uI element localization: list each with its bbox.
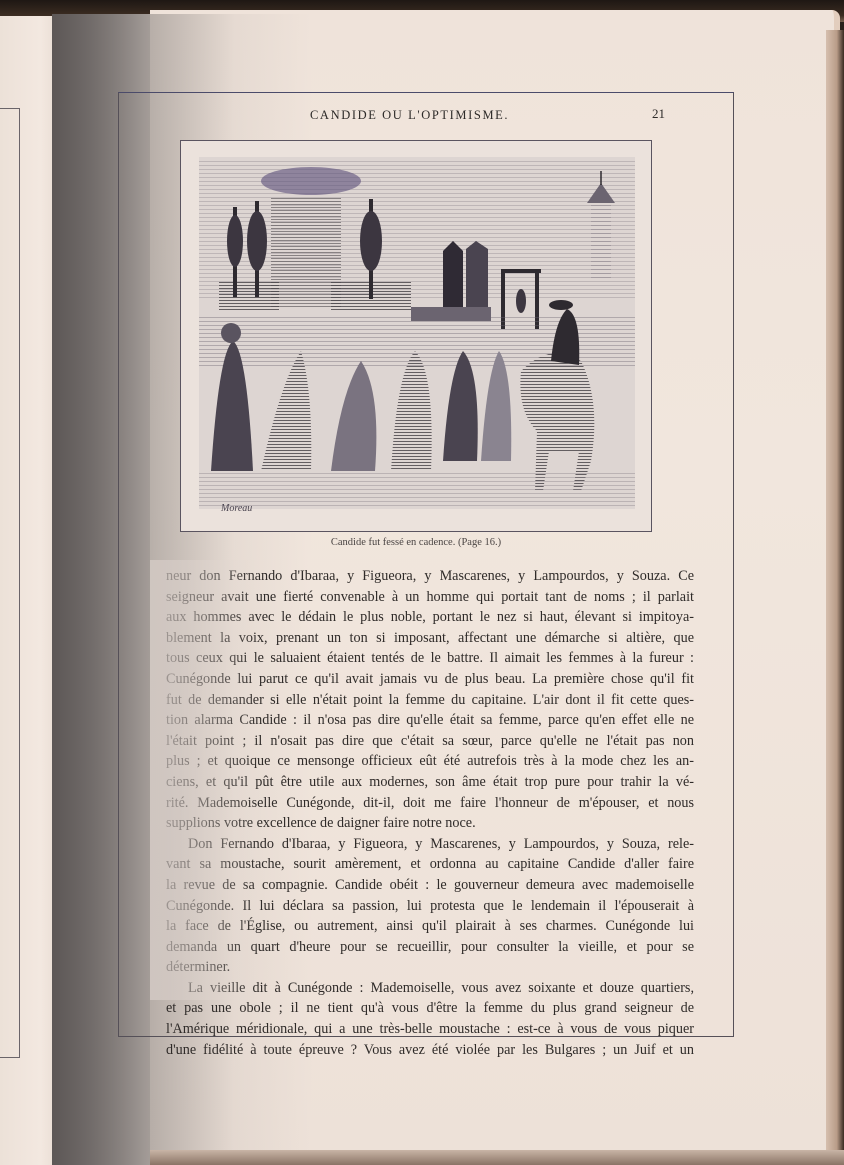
text-line: et pas une obole ; il ne tient qu'à vous… (166, 998, 694, 1019)
text-line: l'était point ; il n'osait pas dire que … (166, 731, 694, 752)
text-line: demanda un quart d'heure pour se recueil… (166, 937, 694, 958)
text-line: La vieille dit à Cunégonde : Mademoisell… (166, 978, 694, 999)
text-line: rité. Mademoiselle Cunégonde, dit-il, do… (166, 793, 694, 814)
illustration-caption: Candide fut fessé en cadence. (Page 16.) (180, 537, 652, 548)
running-head: Candide ou l'Optimisme. (310, 108, 570, 123)
page-bottom-edge (150, 1150, 844, 1165)
text-line: neur don Fernando d'Ibaraa, y Figueora, … (166, 566, 694, 587)
text-line: fut de demander si elle n'était point la… (166, 690, 694, 711)
svg-text:Moreau: Moreau (220, 503, 252, 514)
text-line: la face de l'Église, ou autrement, ainsi… (166, 916, 694, 937)
left-facing-page (0, 16, 58, 1165)
body-text: neur don Fernando d'Ibaraa, y Figueora, … (166, 566, 694, 1060)
engraving-scene-icon: Moreau (181, 141, 652, 532)
text-line: aux hommes avec le dédain le plus noble,… (166, 607, 694, 628)
text-line: blement la voix, prenant un ton si impos… (166, 628, 694, 649)
text-line: tion alarma Candide : il n'osa pas dire … (166, 710, 694, 731)
text-line: la revue de sa compagnie. Candide obéit … (166, 875, 694, 896)
text-line: Cunégonde. Il lui déclara sa passion, lu… (166, 896, 694, 917)
page-number: 21 (652, 106, 665, 122)
text-line: Don Fernando d'Ibaraa, y Figueora, y Mas… (166, 834, 694, 855)
text-line: tous ceux qui le saluaient étaient tenté… (166, 648, 694, 669)
text-line: seigneur avait une fierté convenable à u… (166, 587, 694, 608)
engraving-illustration: Moreau (180, 140, 652, 532)
text-line: déterminer. (166, 957, 694, 978)
text-line: Cunégonde lui parut ce qu'il avait jamai… (166, 669, 694, 690)
text-line: ciens, et qu'il pût être utile aux moder… (166, 772, 694, 793)
text-line: l'Amérique méridionale, qui a une très-b… (166, 1019, 694, 1040)
left-page-text-frame (0, 108, 20, 1058)
text-line: vant sa moustache, sourit amèrement, et … (166, 854, 694, 875)
text-line: supplions votre excellence de daigner fa… (166, 813, 694, 834)
text-line: d'une fidélité à toute épreuve ? Vous av… (166, 1040, 694, 1061)
page-fore-edge (826, 30, 844, 1150)
text-line: plus ; et quoique ce mensonge officieux … (166, 751, 694, 772)
